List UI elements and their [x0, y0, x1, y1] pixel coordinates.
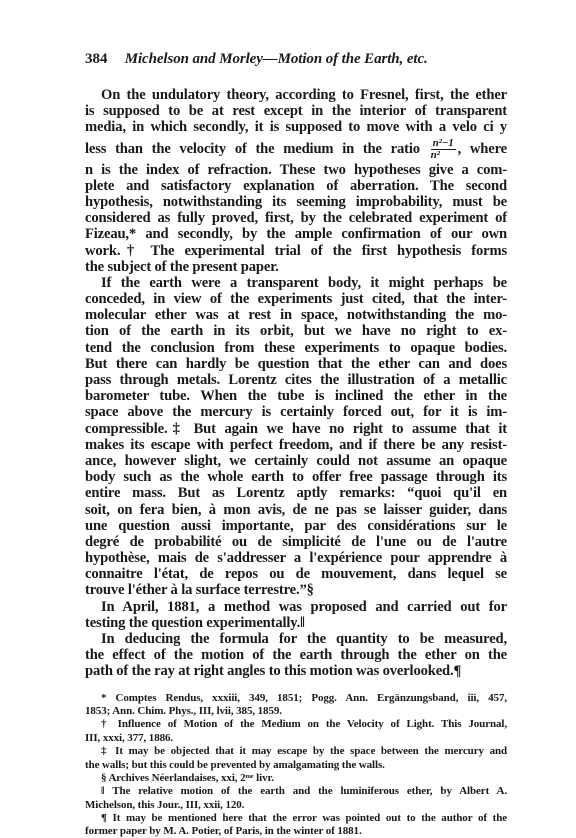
- text-line: tend the conclusion from these experimen…: [85, 340, 507, 356]
- text-line: considered as fully proved, first, by th…: [85, 210, 507, 226]
- text-line: plete and satisfactory explanation of ab…: [85, 178, 507, 194]
- paragraph: In April, 1881, a method was proposed an…: [85, 599, 507, 631]
- footnote-line: 1853; Ann. Chim. Phys., III, lvii, 385, …: [85, 705, 507, 718]
- text-line: pass through metals. Lorentz cites the i…: [85, 372, 507, 388]
- footnotes: * Comptes Rendus, xxxiii, 349, 1851; Pog…: [85, 692, 507, 838]
- text-line: hypothèse, mais de s'addresser a l'expér…: [85, 550, 507, 566]
- footnote-line: * Comptes Rendus, xxxiii, 349, 1851; Pog…: [85, 692, 507, 705]
- text-line: If the earth were a transparent body, it…: [85, 275, 507, 291]
- text-line: ance, however slight, we certainly could…: [85, 453, 507, 469]
- text-line: molecular ether was at rest in space, no…: [85, 307, 507, 323]
- footnote-section: § Archives Néerlandaises, xxi, 2ᵐᵉ livr.: [85, 772, 507, 785]
- text-line: une question aussi importante, par des c…: [85, 518, 507, 534]
- text-line: the subject of the present paper.: [85, 259, 507, 275]
- text-line: compressible.‡ But again we have no righ…: [85, 421, 507, 437]
- text-line: work.† The experimental trial of the fir…: [85, 243, 507, 259]
- text-line: In deducing the formula for the quantity…: [85, 631, 507, 647]
- text-line: n is the index of refraction. These two …: [85, 162, 507, 178]
- text-line: degré de probabilité ou de simplicité de…: [85, 534, 507, 550]
- text-line: testing the question experimentally.‖: [85, 615, 507, 631]
- text-line: hypothesis, notwithstanding its seeming …: [85, 194, 507, 210]
- text-line: media, in which secondly, it is supposed…: [85, 119, 507, 135]
- journal-page: 384 Michelson and Morley—Motion of the E…: [85, 48, 507, 838]
- footnote-line: § Archives Néerlandaises, xxi, 2ᵐᵉ livr.: [85, 772, 507, 785]
- fraction-numerator: n²−1: [431, 138, 456, 150]
- footnote-line: III, xxxi, 377, 1886.: [85, 732, 507, 745]
- text-line: body such as the whole earth to offer fr…: [85, 469, 507, 485]
- refraction-ratio-fraction: n²−1 n²: [431, 138, 456, 161]
- footnote-line: the walls; but this could be prevented b…: [85, 759, 507, 772]
- text-line: the effect of the motion of the earth th…: [85, 647, 507, 663]
- paragraph: On the undulatory theory, according to F…: [85, 87, 507, 275]
- footnote-double-dagger: ‡ It may be objected that it may escape …: [85, 745, 507, 772]
- text-line: is supposed to be at rest except in the …: [85, 103, 507, 119]
- footnote-dagger: † Influence of Motion of the Medium on t…: [85, 718, 507, 745]
- text-line: path of the ray at right angles to this …: [85, 663, 507, 679]
- footnote-asterisk: * Comptes Rendus, xxxiii, 349, 1851; Pog…: [85, 692, 507, 719]
- text-line: On the undulatory theory, according to F…: [85, 87, 507, 103]
- text-line: space above the mercury is certainly for…: [85, 404, 507, 420]
- text-line: tion of the earth in its orbit, but we h…: [85, 323, 507, 339]
- footnote-pilcrow: ¶ It may be mentioned here that the erro…: [85, 812, 507, 838]
- text-line: makes its escape with perfect freedom, a…: [85, 437, 507, 453]
- footnote-line: Michelson, this Jour., III, xxii, 120.: [85, 799, 507, 812]
- text-line: trouve l'éther à la surface terrestre.”§: [85, 582, 507, 598]
- ratio-line-after: , where: [458, 141, 507, 157]
- fraction-denominator: n²: [431, 150, 456, 161]
- ratio-line: less than the velocity of the medium in …: [85, 138, 507, 160]
- footnote-parallel: ‖ The relative motion of the earth and t…: [85, 785, 507, 812]
- text-line: entire mass. But as Lorentz aptly remark…: [85, 485, 507, 501]
- paragraph: In deducing the formula for the quantity…: [85, 631, 507, 680]
- footnote-line: † Influence of Motion of the Medium on t…: [85, 718, 507, 731]
- running-head: 384 Michelson and Morley—Motion of the E…: [85, 48, 507, 70]
- paragraph: If the earth were a transparent body, it…: [85, 275, 507, 599]
- footnote-line: former paper by M. A. Potier, of Paris, …: [85, 825, 507, 838]
- ratio-line-before: less than the velocity of the medium in …: [85, 141, 420, 157]
- footnote-line: ‖ The relative motion of the earth and t…: [85, 785, 507, 798]
- footnote-line: ¶ It may be mentioned here that the erro…: [85, 812, 507, 825]
- body-text: On the undulatory theory, according to F…: [85, 87, 507, 680]
- text-line: But there can hardly be question that th…: [85, 356, 507, 372]
- footnote-line: ‡ It may be objected that it may escape …: [85, 745, 507, 758]
- running-title: Michelson and Morley—Motion of the Earth…: [125, 51, 428, 67]
- page-number: 384: [85, 48, 121, 70]
- text-line: conceded, in view of the experiments jus…: [85, 291, 507, 307]
- text-line: In April, 1881, a method was proposed an…: [85, 599, 507, 615]
- text-line: Fizeau,* and secondly, by the ample conf…: [85, 226, 507, 242]
- text-line: barometer tube. When the tube is incline…: [85, 388, 507, 404]
- text-line: connaitre l'état, de repos ou de mouveme…: [85, 566, 507, 582]
- text-line: soit, on fera bien, à mon avis, de ne pa…: [85, 502, 507, 518]
